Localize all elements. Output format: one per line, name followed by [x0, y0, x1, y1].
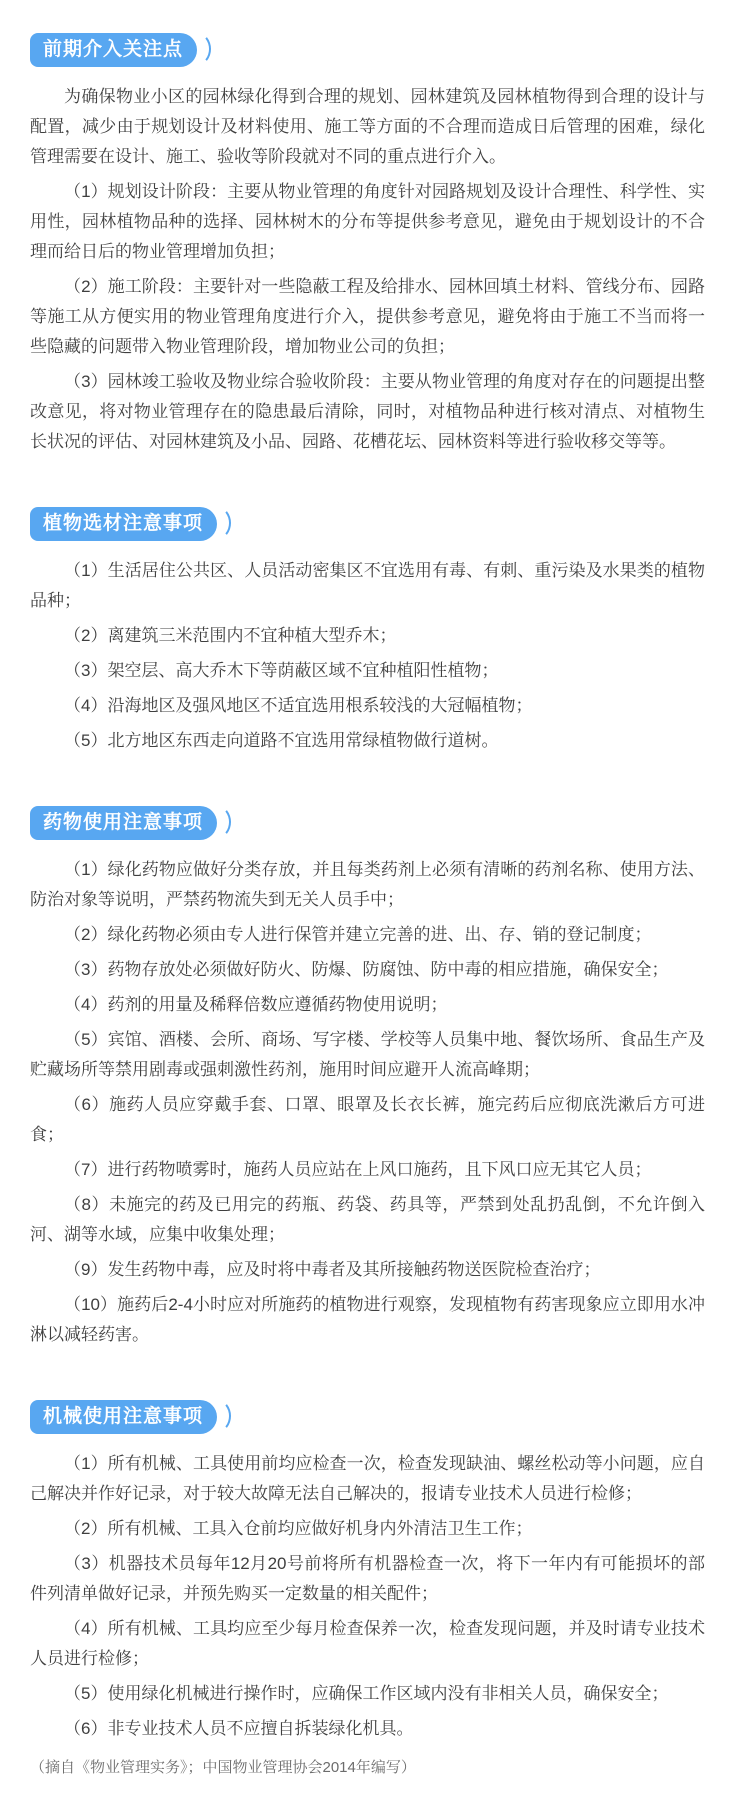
paragraph: （5）宾馆、酒楼、会所、商场、写字楼、学校等人员集中地、餐饮场所、食品生产及贮藏…	[30, 1025, 705, 1085]
section-badge: 植物选材注意事项	[30, 507, 217, 541]
paragraph: （2）离建筑三米范围内不宜种植大型乔木；	[30, 621, 705, 651]
section-badge-label: 植物选材注意事项	[43, 513, 203, 534]
paragraph: （6）非专业技术人员不应擅自拆装绿化机具。	[30, 1714, 705, 1744]
section-badge: 机械使用注意事项	[30, 1400, 217, 1434]
badge-tail-arc	[205, 806, 231, 838]
paragraph: （2）所有机械、工具入仓前均应做好机身内外清洁卫生工作；	[30, 1514, 705, 1544]
paragraph: （4）药剂的用量及稀释倍数应遵循药物使用说明；	[30, 990, 705, 1020]
badge-row: 机械使用注意事项	[30, 1400, 705, 1434]
badge-row: 药物使用注意事项	[30, 806, 705, 840]
paragraph: （5）北方地区东西走向道路不宜选用常绿植物做行道树。	[30, 726, 705, 756]
paragraph: （3）园林竣工验收及物业综合验收阶段：主要从物业管理的角度对存在的问题提出整改意…	[30, 367, 705, 457]
paragraph: （3）架空层、高大乔木下等荫蔽区域不宜种植阳性植物；	[30, 656, 705, 686]
paragraph: （2）绿化药物必须由专人进行保管并建立完善的进、出、存、销的登记制度；	[30, 920, 705, 950]
paragraph: （3）药物存放处必须做好防火、防爆、防腐蚀、防中毒的相应措施，确保安全；	[30, 955, 705, 985]
badge-tail-arc	[205, 507, 231, 539]
paragraph: （4）所有机械、工具均应至少每月检查保养一次，检查发现问题，并及时请专业技术人员…	[30, 1614, 705, 1674]
paragraph: （4）沿海地区及强风地区不适宜选用根系较浅的大冠幅植物；	[30, 691, 705, 721]
badge-row: 前期介入关注点	[30, 33, 705, 67]
paragraph: （1）规划设计阶段：主要从物业管理的角度针对园路规划及设计合理性、科学性、实用性…	[30, 177, 705, 267]
section-plant-selection: 植物选材注意事项 （1）生活居住公共区、人员活动密集区不宜选用有毒、有刺、重污染…	[30, 507, 705, 756]
paragraph: （7）进行药物喷雾时，施药人员应站在上风口施药，且下风口应无其它人员；	[30, 1155, 705, 1185]
section-badge-label: 前期介入关注点	[43, 39, 183, 60]
paragraph: （3）机器技术员每年12月20号前将所有机器检查一次，将下一年内有可能损坏的部件…	[30, 1549, 705, 1609]
paragraph: （1）绿化药物应做好分类存放，并且每类药剂上必须有清晰的药剂名称、使用方法、防治…	[30, 855, 705, 915]
badge-row: 植物选材注意事项	[30, 507, 705, 541]
section-badge-label: 机械使用注意事项	[43, 1406, 203, 1427]
section-badge: 药物使用注意事项	[30, 806, 217, 840]
paragraph: （1）所有机械、工具使用前均应检查一次，检查发现缺油、螺丝松动等小问题，应自己解…	[30, 1449, 705, 1509]
badge-tail-arc	[205, 1400, 231, 1432]
section-badge-label: 药物使用注意事项	[43, 812, 203, 833]
section-early-intervention: 前期介入关注点 为确保物业小区的园林绿化得到合理的规划、园林建筑及园林植物得到合…	[30, 33, 705, 457]
paragraph: （1）生活居住公共区、人员活动密集区不宜选用有毒、有刺、重污染及水果类的植物品种…	[30, 556, 705, 616]
badge-tail-arc	[185, 33, 211, 65]
paragraph: （2）施工阶段：主要针对一些隐蔽工程及给排水、园林回填土材料、管线分布、园路等施…	[30, 272, 705, 362]
paragraph: （10）施药后2-4小时应对所施药的植物进行观察，发现植物有药害现象应立即用水冲…	[30, 1290, 705, 1350]
paragraph: （9）发生药物中毒，应及时将中毒者及其所接触药物送医院检查治疗；	[30, 1255, 705, 1285]
paragraph: （6）施药人员应穿戴手套、口罩、眼罩及长衣长裤，施完药后应彻底洗漱后方可进食；	[30, 1090, 705, 1150]
article-page: 前期介入关注点 为确保物业小区的园林绿化得到合理的规划、园林建筑及园林植物得到合…	[0, 0, 736, 1794]
paragraph: （8）未施完的药及已用完的药瓶、药袋、药具等，严禁到处乱扔乱倒，不允许倒入河、湖…	[30, 1190, 705, 1250]
paragraph: 为确保物业小区的园林绿化得到合理的规划、园林建筑及园林植物得到合理的设计与配置，…	[30, 82, 705, 172]
source-note: （摘自《物业管理实务》；中国物业管理协会2014年编写）	[30, 1754, 705, 1782]
section-chemical-use: 药物使用注意事项 （1）绿化药物应做好分类存放，并且每类药剂上必须有清晰的药剂名…	[30, 806, 705, 1350]
section-badge: 前期介入关注点	[30, 33, 197, 67]
paragraph: （5）使用绿化机械进行操作时，应确保工作区域内没有非相关人员，确保安全；	[30, 1679, 705, 1709]
section-machinery-use: 机械使用注意事项 （1）所有机械、工具使用前均应检查一次，检查发现缺油、螺丝松动…	[30, 1400, 705, 1744]
